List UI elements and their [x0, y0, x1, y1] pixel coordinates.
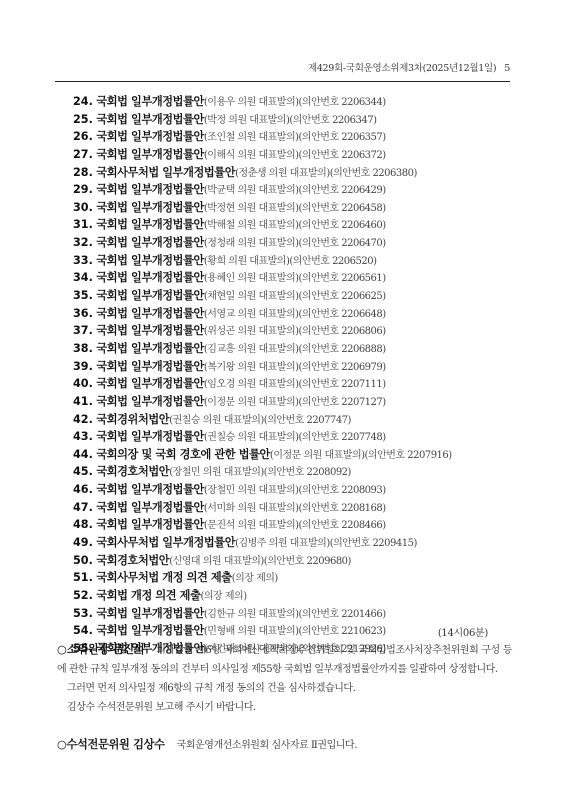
item-number: 36.: [73, 307, 93, 320]
bill-title: 국회경호처법안: [96, 554, 169, 567]
bill-title: 국회법 일부개정법률안: [96, 501, 204, 514]
bill-title: 국회법 일부개정법률안: [96, 307, 204, 320]
bill-title: 국회법 일부개정법률안: [96, 130, 204, 143]
speech-senior-expert: ○수석전문위원 김상수국회운영개선소위원회 심사자료 Ⅱ권입니다.: [57, 735, 512, 755]
bill-detail: (서미화 의원 대표발의)(의안번호 2208168): [204, 503, 386, 514]
agenda-item: 28. 국회사무처법 일부개정법률안(정춘생 의원 대표발의)(의안번호 220…: [73, 164, 533, 182]
bill-title: 국회사무처법 일부개정법률안: [96, 536, 235, 549]
bill-title: 국회법 일부개정법률안: [96, 254, 204, 267]
item-number: 52.: [73, 589, 93, 602]
agenda-item: 52. 국회법 개정 의견 제출(의장 제의): [73, 587, 533, 605]
speech-text: 그러면 먼저 의사일정 제6항의 규칙 개정 동의의 건을 심사하겠습니다.: [57, 679, 512, 698]
speech-chair: ○소위원장 문진석의사일정 제6항 국회예산정책처장추천위원회 및 국회입법조사…: [57, 640, 512, 717]
item-number: 43.: [73, 430, 93, 443]
item-number: 40.: [73, 377, 93, 390]
agenda-item: 44. 국회의장 및 국회 경호에 관한 법률안(이정문 의원 대표발의)(의안…: [73, 446, 533, 464]
agenda-item: 29. 국회법 일부개정법률안(박균택 의원 대표발의)(의안번호 220642…: [73, 181, 533, 199]
agenda-list: 24. 국회법 일부개정법률안(이용우 의원 대표발의)(의안번호 220634…: [73, 93, 533, 658]
bill-title: 국회법 일부개정법률안: [96, 289, 204, 302]
bill-title: 국회법 일부개정법률안: [96, 271, 204, 284]
item-number: 31.: [73, 218, 93, 231]
item-number: 34.: [73, 271, 93, 284]
agenda-item: 43. 국회법 일부개정법률안(권칠승 의원 대표발의)(의안번호 220774…: [73, 428, 533, 446]
page-header: 제429회-국회운영소위제3차(2025년12월1일)5: [55, 62, 510, 82]
agenda-item: 33. 국회법 일부개정법률안(황희 의원 대표발의)(의안번호 2206520…: [73, 252, 533, 270]
time-mark: (14시06분): [438, 624, 488, 639]
bill-detail: (문진석 의원 대표발의)(의안번호 2208466): [204, 520, 386, 531]
bill-title: 국회경위처법안: [96, 413, 169, 426]
agenda-item: 40. 국회법 일부개정법률안(임오경 의원 대표발의)(의안번호 220711…: [73, 375, 533, 393]
bill-detail: (복기왕 의원 대표발의)(의안번호 2206979): [204, 362, 386, 373]
item-number: 28.: [73, 166, 93, 179]
agenda-item: 39. 국회법 일부개정법률안(복기왕 의원 대표발의)(의안번호 220697…: [73, 358, 533, 376]
bill-detail: (박균택 의원 대표발의)(의안번호 2206429): [204, 185, 386, 196]
bill-detail: (조인철 의원 대표발의)(의안번호 2206357): [204, 132, 386, 143]
bill-title: 국회경호처법안: [96, 465, 169, 478]
bill-title: 국회법 일부개정법률안: [96, 377, 204, 390]
bill-detail: (박정현 의원 대표발의)(의안번호 2206458): [204, 203, 386, 214]
item-number: 53.: [73, 607, 93, 620]
item-number: 29.: [73, 183, 93, 196]
item-number: 25.: [73, 113, 93, 126]
agenda-item: 25. 국회법 일부개정법률안(박정 의원 대표발의)(의안번호 2206347…: [73, 111, 533, 129]
bill-title: 국회법 일부개정법률안: [96, 218, 204, 231]
bill-detail: (채현일 의원 대표발의)(의안번호 2206625): [204, 291, 386, 302]
bill-detail: (민형배 의원 대표발의)(의안번호 2210623): [204, 626, 386, 637]
bill-title: 국회법 일부개정법률안: [96, 342, 204, 355]
bill-detail: (의장 제의): [232, 573, 278, 584]
bill-detail: (위성곤 의원 대표발의)(의안번호 2206806): [204, 326, 386, 337]
item-number: 26.: [73, 130, 93, 143]
bill-title: 국회법 일부개정법률안: [96, 201, 204, 214]
bill-title: 국회법 일부개정법률안: [96, 518, 204, 531]
agenda-item: 45. 국회경호처법안(장철민 의원 대표발의)(의안번호 2208092): [73, 463, 533, 481]
agenda-item: 34. 국회법 일부개정법률안(용혜인 의원 대표발의)(의안번호 220656…: [73, 269, 533, 287]
item-number: 54.: [73, 624, 93, 637]
bill-title: 국회법 일부개정법률안: [96, 360, 204, 373]
item-number: 50.: [73, 554, 93, 567]
bill-detail: (김병주 의원 대표발의)(의안번호 2209415): [235, 538, 417, 549]
bill-detail: (용혜인 의원 대표발의)(의안번호 2206561): [204, 273, 386, 284]
agenda-item: 37. 국회법 일부개정법률안(위성곤 의원 대표발의)(의안번호 220680…: [73, 322, 533, 340]
agenda-item: 50. 국회경호처법안(신영대 의원 대표발의)(의안번호 2209680): [73, 552, 533, 570]
bill-title: 국회사무처법 일부개정법률안: [96, 166, 235, 179]
bill-detail: (정청래 의원 대표발의)(의안번호 2206470): [204, 238, 386, 249]
agenda-item: 31. 국회법 일부개정법률안(박해철 의원 대표발의)(의안번호 220646…: [73, 216, 533, 234]
running-title: 제429회-국회운영소위제3차(2025년12월1일): [308, 63, 496, 74]
agenda-item: 42. 국회경위처법안(권칠승 의원 대표발의)(의안번호 2207747): [73, 411, 533, 429]
bill-detail: (권칠승 의원 대표발의)(의안번호 2207748): [204, 432, 386, 443]
item-number: 42.: [73, 413, 93, 426]
bill-title: 국회법 개정 의견 제출: [96, 589, 200, 602]
bill-detail: (의장 제의): [200, 591, 246, 602]
item-number: 47.: [73, 501, 93, 514]
bill-detail: (이해식 의원 대표발의)(의안번호 2206372): [204, 150, 386, 161]
bill-title: 국회법 일부개정법률안: [96, 395, 204, 408]
bill-detail: (이정문 의원 대표발의)(의안번호 2207916): [270, 450, 452, 461]
bill-detail: (서영교 의원 대표발의)(의안번호 2206648): [204, 309, 386, 320]
bill-detail: (이용우 의원 대표발의)(의안번호 2206344): [204, 97, 386, 108]
item-number: 48.: [73, 518, 93, 531]
bill-detail: (박해철 의원 대표발의)(의안번호 2206460): [204, 220, 386, 231]
item-number: 24.: [73, 95, 93, 108]
bill-detail: (임오경 의원 대표발의)(의안번호 2207111): [204, 379, 386, 390]
speaker-name: ○소위원장 문진석: [57, 643, 144, 656]
bill-title: 국회법 일부개정법률안: [96, 607, 204, 620]
bill-title: 국회법 일부개정법률안: [96, 95, 204, 108]
item-number: 33.: [73, 254, 93, 267]
item-number: 38.: [73, 342, 93, 355]
bill-title: 국회법 일부개정법률안: [96, 483, 204, 496]
agenda-item: 49. 국회사무처법 일부개정법률안(김병주 의원 대표발의)(의안번호 220…: [73, 534, 533, 552]
bill-detail: (이정문 의원 대표발의)(의안번호 2207127): [204, 397, 386, 408]
item-number: 35.: [73, 289, 93, 302]
speech-text: 국회운영개선소위원회 심사자료 Ⅱ권입니다.: [177, 740, 357, 751]
bill-detail: (장철민 의원 대표발의)(의안번호 2208093): [204, 485, 386, 496]
bill-detail: (김한규 의원 대표발의)(의안번호 2201466): [204, 609, 386, 620]
bill-detail: (박정 의원 대표발의)(의안번호 2206347): [204, 115, 377, 126]
item-number: 37.: [73, 324, 93, 337]
item-number: 45.: [73, 465, 93, 478]
agenda-item: 51. 국회사무처법 개정 의견 제출(의장 제의): [73, 569, 533, 587]
item-number: 41.: [73, 395, 93, 408]
bill-title: 국회법 일부개정법률안: [96, 183, 204, 196]
bill-detail: (정춘생 의원 대표발의)(의안번호 2206380): [235, 168, 417, 179]
agenda-item: 24. 국회법 일부개정법률안(이용우 의원 대표발의)(의안번호 220634…: [73, 93, 533, 111]
agenda-item: 26. 국회법 일부개정법률안(조인철 의원 대표발의)(의안번호 220635…: [73, 128, 533, 146]
agenda-item: 38. 국회법 일부개정법률안(김교흥 의원 대표발의)(의안번호 220688…: [73, 340, 533, 358]
speech-text: 김상수 수석전문위원 보고해 주시기 바랍니다.: [57, 698, 512, 717]
agenda-item: 48. 국회법 일부개정법률안(문진석 의원 대표발의)(의안번호 220846…: [73, 516, 533, 534]
bill-title: 국회의장 및 국회 경호에 관한 법률안: [96, 448, 270, 461]
speaker-name: ○수석전문위원 김상수: [57, 738, 165, 751]
bill-title: 국회법 일부개정법률안: [96, 148, 204, 161]
agenda-item: 35. 국회법 일부개정법률안(채현일 의원 대표발의)(의안번호 220662…: [73, 287, 533, 305]
bill-title: 국회법 일부개정법률안: [96, 113, 204, 126]
page-number: 5: [504, 63, 510, 74]
item-number: 49.: [73, 536, 93, 549]
item-number: 39.: [73, 360, 93, 373]
bill-title: 국회법 일부개정법률안: [96, 624, 204, 637]
agenda-item: 53. 국회법 일부개정법률안(김한규 의원 대표발의)(의안번호 220146…: [73, 605, 533, 623]
item-number: 27.: [73, 148, 93, 161]
bill-detail: (장철민 의원 대표발의)(의안번호 2208092): [169, 467, 351, 478]
item-number: 51.: [73, 571, 93, 584]
agenda-item: 27. 국회법 일부개정법률안(이해식 의원 대표발의)(의안번호 220637…: [73, 146, 533, 164]
item-number: 46.: [73, 483, 93, 496]
bill-detail: (신영대 의원 대표발의)(의안번호 2209680): [169, 556, 351, 567]
bill-detail: (권칠승 의원 대표발의)(의안번호 2207747): [169, 415, 351, 426]
item-number: 30.: [73, 201, 93, 214]
agenda-item: 46. 국회법 일부개정법률안(장철민 의원 대표발의)(의안번호 220809…: [73, 481, 533, 499]
item-number: 44.: [73, 448, 93, 461]
agenda-item: 36. 국회법 일부개정법률안(서영교 의원 대표발의)(의안번호 220664…: [73, 305, 533, 323]
bill-title: 국회법 일부개정법률안: [96, 236, 204, 249]
bill-title: 국회법 일부개정법률안: [96, 430, 204, 443]
item-number: 32.: [73, 236, 93, 249]
agenda-item: 30. 국회법 일부개정법률안(박정현 의원 대표발의)(의안번호 220645…: [73, 199, 533, 217]
agenda-item: 47. 국회법 일부개정법률안(서미화 의원 대표발의)(의안번호 220816…: [73, 499, 533, 517]
agenda-item: 32. 국회법 일부개정법률안(정청래 의원 대표발의)(의안번호 220647…: [73, 234, 533, 252]
agenda-item: 41. 국회법 일부개정법률안(이정문 의원 대표발의)(의안번호 220712…: [73, 393, 533, 411]
bill-detail: (황희 의원 대표발의)(의안번호 2206520): [204, 256, 377, 267]
bill-detail: (김교흥 의원 대표발의)(의안번호 2206888): [204, 344, 386, 355]
bill-title: 국회사무처법 개정 의견 제출: [96, 571, 231, 584]
bill-title: 국회법 일부개정법률안: [96, 324, 204, 337]
